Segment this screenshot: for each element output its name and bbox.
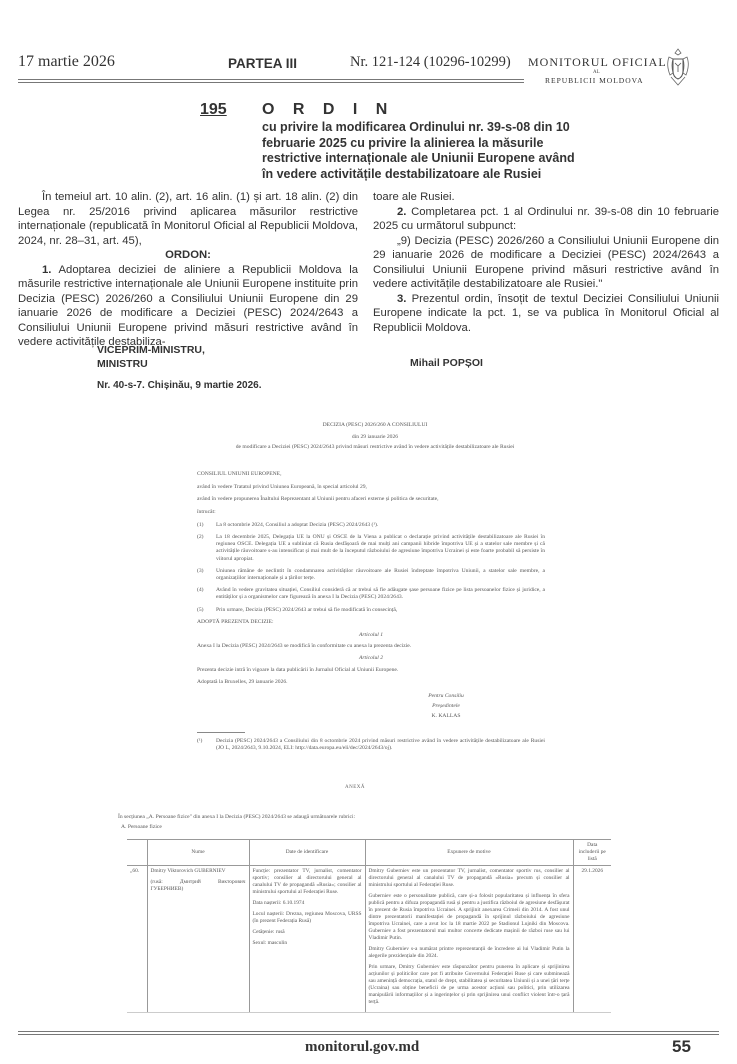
decision-issuer: CONSILIUL UNIUNII EUROPENE, — [197, 471, 545, 478]
row-number: „60. — [127, 866, 147, 1013]
recital-text: Uniunea rămâne de neclintit în condamnar… — [216, 568, 545, 582]
publication-subtitle: REPUBLICII MOLDOVA — [545, 76, 644, 85]
identification-line: Locul nașterii: Dreznа, regiunea Moscova… — [253, 911, 362, 925]
considering-2: având în vedere propunerea Înaltului Rep… — [197, 496, 545, 503]
page-number: 55 — [672, 1037, 691, 1057]
publication-al: AL — [593, 70, 600, 75]
recital: (2)La 18 decembrie 2025, Delegația UE la… — [197, 534, 545, 563]
footnote: (¹) Decizia (PESC) 2024/2643 a Consiliul… — [197, 738, 545, 752]
recital-text: La 8 octombrie 2024, Consiliul a adoptat… — [216, 522, 545, 529]
header-rule — [18, 79, 524, 83]
order-body-left: În temeiul art. 10 alin. (2), art. 16 al… — [18, 190, 358, 350]
adopted-place-date: Adoptată la Bruxelles, 29 ianuarie 2026. — [197, 679, 545, 686]
point-text: Adoptarea deciziei de aliniere a Republi… — [18, 264, 358, 349]
signature-line: Președintele — [347, 703, 545, 710]
preamble: În temeiul art. 10 alin. (2), art. 16 al… — [18, 190, 358, 248]
recital-number: (2) — [197, 534, 216, 563]
order-body-right: toare ale Rusiei. 2. Completarea pct. 1 … — [373, 190, 719, 335]
point-text: Completarea pct. 1 al Ordinului nr. 39-s… — [373, 206, 719, 233]
publication-title: MONITORUL OFICIAL — [528, 55, 667, 70]
row-date-listed: 29.1.2026 — [573, 866, 611, 1013]
table-header-row: Nume Date de identificare Expunere de mo… — [127, 840, 611, 866]
annex-label: ANEXĂ — [345, 785, 365, 790]
decision-subtitle: de modificare a Deciziei (PESC) 2024/264… — [220, 444, 530, 451]
recital-text: Având în vedere gravitatea situației, Co… — [216, 587, 545, 601]
annex-intro: În secțiunea „A. Persoane fizice" din an… — [118, 812, 355, 832]
annex-table: Nume Date de identificare Expunere de mo… — [127, 839, 611, 1013]
recital-number: (1) — [197, 522, 216, 529]
signature-line: K. KALLAS — [347, 713, 545, 720]
col-header-date-listed: Data includerii pe listă — [573, 840, 611, 866]
signatory-name: Mihail POPȘOI — [410, 357, 483, 369]
table-row: „60. Dmitry Viktorovich GUBERNIEV (rusă:… — [127, 866, 611, 1013]
decision-date: din 29 ianuarie 2026 — [220, 432, 530, 442]
col-header-identification: Date de identificare — [249, 840, 365, 866]
decision-header: DECIZIA (PESC) 2026/260 A CONSILIULUI di… — [220, 420, 530, 451]
point-number: 3. — [397, 293, 406, 305]
signatory-title-line: MINISTRU — [97, 357, 205, 371]
row-identification: Funcție: prezentator TV, jurnalist, come… — [249, 866, 365, 1013]
signatory-title-line: VICEPRIM-MINISTRU, — [97, 343, 205, 357]
order-reference: Nr. 40-s-7. Chișinău, 9 martie 2026. — [97, 380, 262, 391]
recital-number: (3) — [197, 568, 216, 582]
recital: (5)Prin urmare, Decizia (PESC) 2024/2643… — [197, 607, 545, 614]
person-name: Dmitry Viktorovich GUBERNIEV — [151, 868, 246, 875]
point-number: 1. — [42, 264, 51, 276]
row-name: Dmitry Viktorovich GUBERNIEV (rusă: Дмит… — [147, 866, 249, 1013]
point-2: 2. Completarea pct. 1 al Ordinului nr. 3… — [373, 205, 719, 234]
whereas: întrucât: — [197, 509, 545, 516]
issue-date: 17 martie 2026 — [18, 53, 115, 71]
council-signature: Pentru Consiliu Președintele K. KALLAS — [197, 693, 545, 721]
footer-rule — [18, 1031, 719, 1035]
adopts: ADOPTĂ PREZENTA DECIZIE: — [197, 619, 545, 626]
article-2-title: Articolul 2 — [197, 655, 545, 662]
point-number: 2. — [397, 206, 406, 218]
annex-intro-text: În secțiunea „A. Persoane fizice" din an… — [118, 812, 355, 822]
reason-paragraph: Dmitry Guberniev s-a numărat printre rep… — [369, 946, 570, 960]
recital-text: Prin urmare, Decizia (PESC) 2024/2643 ar… — [216, 607, 545, 614]
annex-section: A. Persoane fizice — [118, 822, 355, 832]
point-3: 3. Prezentul ordin, însoțit de textul De… — [373, 292, 719, 336]
subpoint-9: „9) Decizia (PESC) 2026/260 a Consiliulu… — [373, 234, 719, 292]
coat-of-arms-icon — [665, 47, 691, 87]
page-header: 17 martie 2026 PARTEA III Nr. 121-124 (1… — [0, 0, 737, 100]
col-header-reasons: Expunere de motive — [365, 840, 573, 866]
recital: (3)Uniunea rămâne de neclintit în condam… — [197, 568, 545, 582]
identification-line: Cetățenie: rusă — [253, 929, 362, 936]
reason-paragraph: Guberniev este o personalitate publică, … — [369, 893, 570, 942]
recital-number: (4) — [197, 587, 216, 601]
col-header-number — [127, 840, 147, 866]
decision-body: CONSILIUL UNIUNII EUROPENE, având în ved… — [197, 471, 545, 758]
footnote-marker: (¹) — [197, 738, 216, 752]
footnote-text: Decizia (PESC) 2024/2643 a Consiliului d… — [216, 738, 545, 752]
col-header-name: Nume — [147, 840, 249, 866]
article-2-text: Prezenta decizie intră în vigoare la dat… — [197, 667, 545, 674]
signatory-title: VICEPRIM-MINISTRU, MINISTRU — [97, 343, 205, 371]
decision-title: DECIZIA (PESC) 2026/260 A CONSILIULUI — [220, 420, 530, 430]
part-label: PARTEA III — [228, 56, 297, 71]
order-number: 195 — [200, 101, 227, 119]
reason-paragraph: Prin urmare, Dmitry Guberniev este răspu… — [369, 964, 570, 1006]
footer-site-link[interactable]: monitorul.gov.md — [305, 1039, 419, 1056]
issue-number: Nr. 121-124 (10296-10299) — [350, 54, 511, 71]
reason-paragraph: Dmitry Guberniev este un prezentator TV,… — [369, 868, 570, 889]
point-1: 1. Adoptarea deciziei de aliniere a Repu… — [18, 263, 358, 350]
recital-text: La 18 decembrie 2025, Delegația UE la ON… — [216, 534, 545, 563]
identification-line: Sexul: masculin — [253, 940, 362, 947]
row-reasons: Dmitry Guberniev este un prezentator TV,… — [365, 866, 573, 1013]
signature-line: Pentru Consiliu — [347, 693, 545, 700]
recital: (1)La 8 octombrie 2024, Consiliul a adop… — [197, 522, 545, 529]
point-text: Prezentul ordin, însoțit de textul Deciz… — [373, 293, 719, 334]
ordon-heading: ORDON: — [18, 248, 358, 263]
identification-line: Funcție: prezentator TV, jurnalist, come… — [253, 868, 362, 896]
article-1-text: Anexa I la Decizia (PESC) 2024/2643 se m… — [197, 643, 545, 650]
order-subject: cu privire la modificarea Ordinului nr. … — [262, 120, 582, 182]
considering-1: având în vedere Tratatul privind Uniunea… — [197, 484, 545, 491]
point-1-continuation: toare ale Rusiei. — [373, 190, 719, 205]
order-type: O R D I N — [262, 101, 394, 119]
article-1-title: Articolul 1 — [197, 632, 545, 639]
person-name-russian: (rusă: Дмитрий Викторович ГУБЕРНИЕВ) — [151, 879, 246, 893]
footnote-rule — [197, 732, 245, 733]
recital-number: (5) — [197, 607, 216, 614]
identification-line: Data nașterii: 6.10.1974 — [253, 900, 362, 907]
recital: (4)Având în vedere gravitatea situației,… — [197, 587, 545, 601]
